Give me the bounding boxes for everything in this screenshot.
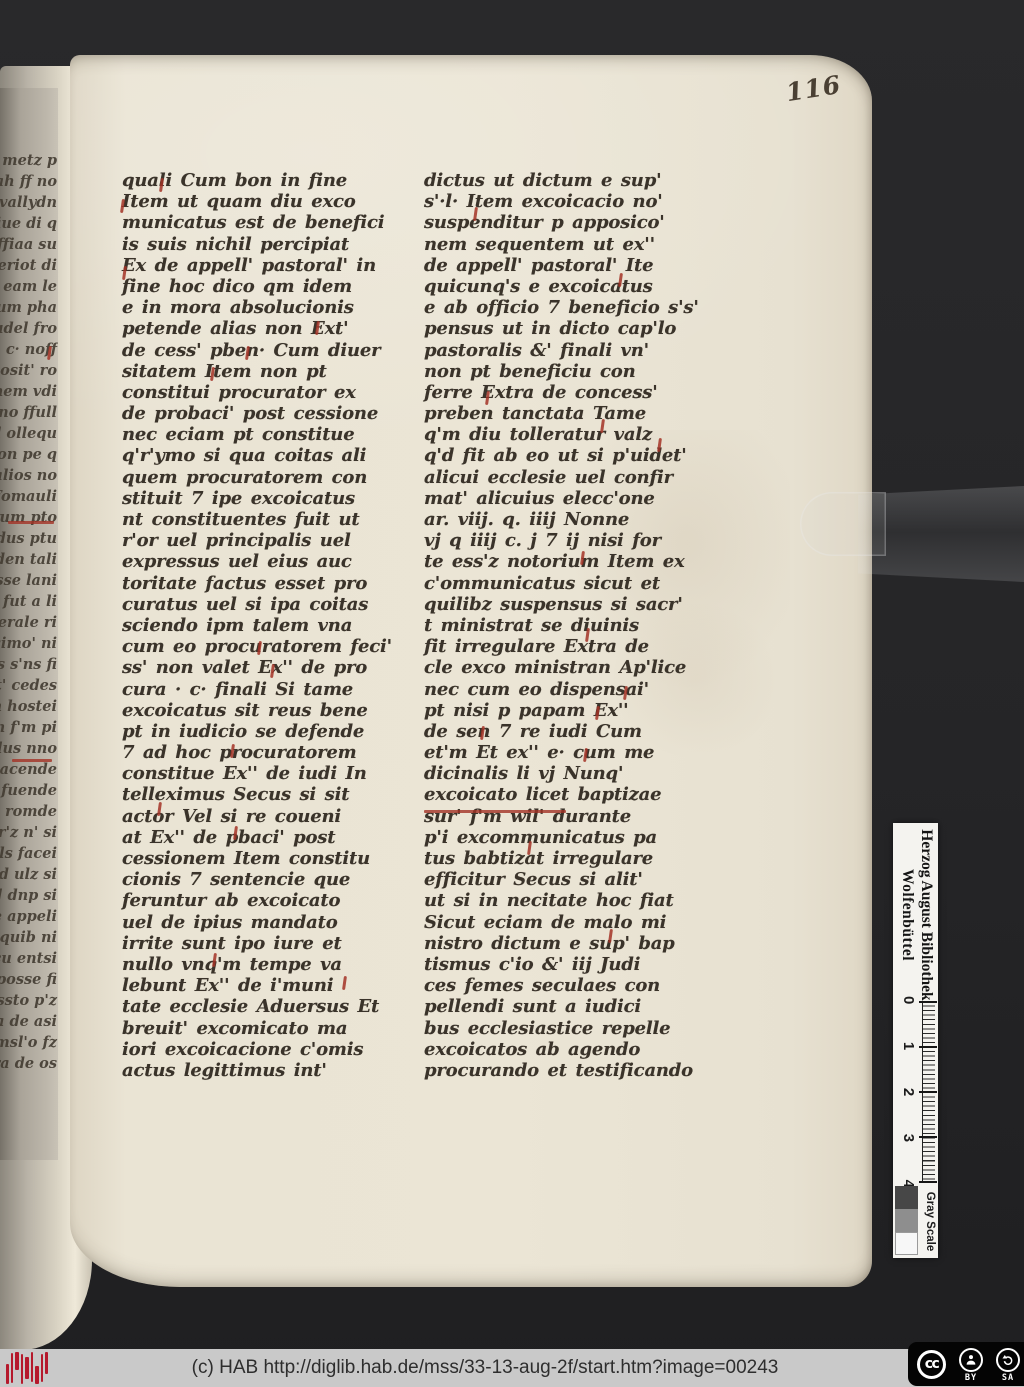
- facing-page-line: ncul non pe q: [0, 444, 57, 465]
- manuscript-line: pt nisi p papam Ex'': [424, 700, 724, 721]
- manuscript-line: iori excoicacione c'omis: [122, 1039, 412, 1060]
- person-icon: [959, 1348, 983, 1372]
- manuscript-line: efficitur Secus si alit': [424, 869, 724, 890]
- facing-page-line: e cei msl'o fz: [0, 1032, 57, 1053]
- facing-page-line: po dnesse lani: [0, 570, 57, 591]
- manuscript-line: nem sequentem ut ex'': [424, 234, 724, 255]
- hab-logo: [6, 1352, 52, 1384]
- facing-page-line: m fyderale ri: [0, 612, 57, 633]
- facing-page-line: uls item quib ni: [0, 927, 57, 948]
- manuscript-line: pt in iudicio se defende: [122, 721, 412, 742]
- ruler-number: 0: [900, 996, 917, 1004]
- manuscript-line: excoicato licet baptizae: [424, 784, 724, 805]
- manuscript-line: municatus est de benefici: [122, 212, 412, 233]
- copyright-url: (c) HAB http://diglib.hab.de/mss/33-13-a…: [192, 1357, 779, 1379]
- manuscript-line: cum eo procuratorem feci': [122, 636, 412, 657]
- manuscript-line: cessionem Item constitu: [122, 848, 412, 869]
- manuscript-line: fit irregulare Extra de: [424, 636, 724, 657]
- facing-page-line: ocando fuende: [0, 780, 57, 801]
- manuscript-line: fine hoc dico qm idem: [122, 276, 412, 297]
- manuscript-line: q'm diu tolleratur valz: [424, 424, 724, 445]
- facing-page-line: dent metz p: [0, 150, 57, 171]
- manuscript-line: quali Cum bon in fine: [122, 170, 412, 191]
- manuscript-line: Item ut quam diu exco: [122, 191, 412, 212]
- library-name-line1: Herzog August Bibliothek: [917, 829, 936, 1001]
- cc-by-item: BY: [959, 1348, 983, 1383]
- manuscript-line: te ess'z notorium Item ex: [424, 551, 724, 572]
- facing-page-line: ur c'e de appeli: [0, 906, 57, 927]
- manuscript-line: ss' non valet Ex'' de pro: [122, 657, 412, 678]
- facing-page-line: acquirt posse fi: [0, 969, 57, 990]
- text-column-left: quali Cum bon in fineItem ut quam diu ex…: [122, 170, 412, 1081]
- facing-page-line: e Vterum pto: [0, 507, 57, 528]
- facing-page-line: extra c· noff: [0, 339, 57, 360]
- manuscript-line: e ab officio 7 beneficio s's': [424, 297, 724, 318]
- manuscript-line: sitatem Item non pt: [122, 361, 412, 382]
- swatch-mid: [895, 1209, 918, 1232]
- swatch-dark: [895, 1186, 918, 1209]
- manuscript-line: de probaci' post cessione: [122, 403, 412, 424]
- facing-page-line: ms mauot' cedes: [0, 675, 57, 696]
- facing-page-strip: dent metz pccdnah ff noe f'm vallydndum …: [0, 88, 58, 1160]
- facing-page-line: um meriot di: [0, 255, 57, 276]
- manuscript-line: ut si in necitate hoc fiat: [424, 890, 724, 911]
- facing-page-line: po caden tali: [0, 549, 57, 570]
- manuscript-line: c'ommunicatus sicut et: [424, 573, 724, 594]
- manuscript-line: curatus uel si ipa coitas: [122, 594, 412, 615]
- manuscript-line: dicinalis li vj Nunq': [424, 763, 724, 784]
- manuscript-line: excoicatus sit reus bene: [122, 700, 412, 721]
- manuscript-line: feruntur ab excoicato: [122, 890, 412, 911]
- library-name-line2: Wolfenbüttel: [897, 829, 916, 1001]
- manuscript-line: constitui procurator ex: [122, 382, 412, 403]
- manuscript-line: nec cum eo dispensai': [424, 679, 724, 700]
- manuscript-line: preben tanctata Tame: [424, 403, 724, 424]
- grayscale-swatches: [895, 1186, 918, 1255]
- manuscript-line: q'r'ymo si qua coitas ali: [122, 445, 412, 466]
- manuscript-line: 7 ad hoc procuratorem: [122, 742, 412, 763]
- manuscript-line: sur' f'm wil' durante: [424, 806, 724, 827]
- facing-page-line: t nullus nno: [0, 738, 57, 759]
- facing-page-line: uctue' alios no: [0, 465, 57, 486]
- manuscript-line: q'd fit ab eo ut si p'uidet': [424, 445, 724, 466]
- facing-page-line: amdus ptu: [0, 528, 57, 549]
- manuscript-line: petende alias non Ext': [122, 318, 412, 339]
- cc-license-badge[interactable]: cc BY SA: [908, 1342, 1024, 1386]
- manuscript-line: s'·l· Item excoicacio no': [424, 191, 724, 212]
- facing-page-line: m na offiaa su: [0, 234, 57, 255]
- manuscript-line: constitue Ex'' de iudi In: [122, 763, 412, 784]
- manuscript-line: nt constituentes fuit ut: [122, 509, 412, 530]
- manuscript-line: quem procuratorem con: [122, 467, 412, 488]
- facing-page-line: abend romde: [0, 801, 57, 822]
- manuscript-line: breuit' excomicato ma: [122, 1018, 412, 1039]
- manuscript-line: stituit 7 ipe excoicatus: [122, 488, 412, 509]
- manuscript-line: actor Vel si re coueni: [122, 806, 412, 827]
- facing-page-line: qua audel fro: [0, 318, 57, 339]
- facing-page-line: ccdnah ff no: [0, 171, 57, 192]
- facing-page-line: ubendum pha: [0, 297, 57, 318]
- cc-logo-icon: cc: [917, 1350, 946, 1379]
- manuscript-line: vj q iiij c. j 7 ij nisi for: [424, 530, 724, 551]
- manuscript-line: cura · c· finali Si tame: [122, 679, 412, 700]
- ruler-number: 3: [900, 1134, 917, 1142]
- ruler-numbers: 01234: [900, 996, 917, 1188]
- manuscript-line: ferre Extra de concess': [424, 382, 724, 403]
- manuscript-line: nec eciam pt constitue: [122, 424, 412, 445]
- manuscript-line: non pt beneficiu con: [424, 361, 724, 382]
- ruler-number: 2: [900, 1088, 917, 1096]
- manuscript-line: tus babtizat irregulare: [424, 848, 724, 869]
- manuscript-line: pensus ut in dicto cap'lo: [424, 318, 724, 339]
- manuscript-line: lebunt Ex'' de i'muni: [122, 975, 412, 996]
- manuscript-line: p'i excommunicatus pa: [424, 827, 724, 848]
- manuscript-line: mat' alicuius elecc'one: [424, 488, 724, 509]
- facing-page-line: indre fut a li: [0, 591, 57, 612]
- manuscript-line: is suis nichil percipiat: [122, 234, 412, 255]
- manuscript-line: ar. viij. q. iiij Nonne: [424, 509, 724, 530]
- manuscript-line: Sicut eciam de malo mi: [424, 912, 724, 933]
- manuscript-line: procurando et testificando: [424, 1060, 724, 1081]
- facing-page-line: de vns s'ns fi: [0, 654, 57, 675]
- facing-page-line: at nesz lacende: [0, 759, 57, 780]
- manuscript-line: e in mora absolucionis: [122, 297, 412, 318]
- facing-page-line: clusionem vdi: [0, 381, 57, 402]
- grayscale-patch: Gray Scale: [893, 1185, 938, 1258]
- cc-sa-item: SA: [996, 1348, 1020, 1383]
- facing-page-line: fras uel ollequ: [0, 423, 57, 444]
- manuscript-line: tismus c'io &' iij Judi: [424, 954, 724, 975]
- ruler-major-ticks: [919, 1001, 937, 1183]
- facing-page-line: Fur f'm hostei: [0, 696, 57, 717]
- library-name: Herzog August Bibliothek Wolfenbüttel: [897, 829, 936, 1001]
- manuscript-line: actus legittimus int': [122, 1060, 412, 1081]
- facing-page-line: e f'm vallydn: [0, 192, 57, 213]
- manuscript-line: pellendi sunt a iudici: [424, 996, 724, 1017]
- facing-page-line: catus posit' ro: [0, 360, 57, 381]
- manuscript-line: quicunq's e excoicatus: [424, 276, 724, 297]
- manuscript-line: uel de ipius mandato: [122, 912, 412, 933]
- manuscript-line: alicui ecclesie uel confir: [424, 467, 724, 488]
- page-holder-strip: [858, 486, 1024, 582]
- text-column-right: dictus ut dictum e sup's'·l· Item excoic…: [424, 170, 724, 1081]
- cm-ruler: 01234: [893, 1001, 938, 1183]
- facing-page-line: cc'o mssto p'z: [0, 990, 57, 1011]
- facing-page-line: so extra de asi: [0, 1011, 57, 1032]
- manuscript-line: nistro dictum e sup' bap: [424, 933, 724, 954]
- manuscript-line: ces femes seculaes con: [424, 975, 724, 996]
- facing-page-text: dent metz pccdnah ff noe f'm vallydndum …: [0, 150, 57, 1074]
- manuscript-line: dictus ut dictum e sup': [424, 170, 724, 191]
- manuscript-line: cionis 7 sentencie que: [122, 869, 412, 890]
- grayscale-title: Gray Scale: [924, 1185, 936, 1258]
- facing-page-line: mdum f'm pi: [0, 717, 57, 738]
- manuscript-line: sciendo ipm talem vna: [122, 615, 412, 636]
- manuscript-line: de sen 7 re iudi Cum: [424, 721, 724, 742]
- swatch-light: [895, 1232, 918, 1255]
- manuscript-line: at Ex'' de pbaci' post: [122, 827, 412, 848]
- manuscript-line: cle exco ministran Ap'lice: [424, 657, 724, 678]
- manuscript-line: toritate factus esset pro: [122, 573, 412, 594]
- cc-sa-label: SA: [1002, 1373, 1014, 1383]
- facing-page-line: c c· Fomauli: [0, 486, 57, 507]
- facing-page-line: rcelloissimo' ni: [0, 633, 57, 654]
- manuscript-line: t ministrat se diuinis: [424, 615, 724, 636]
- manuscript-line: pastoralis &' finali vn': [424, 340, 724, 361]
- manuscript-line: de cess' pben· Cum diuer: [122, 340, 412, 361]
- share-alike-icon: [996, 1348, 1020, 1372]
- manuscript-line: Ex de appell' pastoral' in: [122, 255, 412, 276]
- facing-page-line: bend r'z n' si: [0, 822, 57, 843]
- facing-page-line: Item quid ulz si: [0, 864, 57, 885]
- facing-page-line: ere ud dnp si: [0, 885, 57, 906]
- manuscript-line: tate ecclesie Aduersus Et: [122, 996, 412, 1017]
- ruler-number: 1: [900, 1042, 917, 1050]
- manuscript-line: nullo vnq'm tempe va: [122, 954, 412, 975]
- facing-page-line: bus capls facei: [0, 843, 57, 864]
- manuscript-line: excoicatos ab agendo: [424, 1039, 724, 1060]
- footer-bar: (c) HAB http://diglib.hab.de/mss/33-13-a…: [0, 1349, 1024, 1387]
- library-scale-label: Herzog August Bibliothek Wolfenbüttel 01…: [893, 823, 938, 1258]
- manuscript-line: irrite sunt ipo iure et: [122, 933, 412, 954]
- manuscript-line: bus ecclesiastice repelle: [424, 1018, 724, 1039]
- facing-page-line: uico tno ffull: [0, 402, 57, 423]
- manuscript-line: telleximus Secus si sit: [122, 784, 412, 805]
- manuscript-line: r'or uel principalis uel: [122, 530, 412, 551]
- facing-page-line: la extra de os: [0, 1053, 57, 1074]
- manuscript-line: et'm Et ex'' e· cum me: [424, 742, 724, 763]
- facing-page-line: dum p eam le: [0, 276, 57, 297]
- manuscript-line: suspenditur p apposico': [424, 212, 724, 233]
- cc-by-label: BY: [965, 1373, 977, 1383]
- manuscript-line: expressus uel eius auc: [122, 551, 412, 572]
- facing-page-line: dum fiue di q: [0, 213, 57, 234]
- facing-page-line: beneficu entsi: [0, 948, 57, 969]
- manuscript-line: quilibz suspensus si sacr': [424, 594, 724, 615]
- manuscript-line: de appell' pastoral' Ite: [424, 255, 724, 276]
